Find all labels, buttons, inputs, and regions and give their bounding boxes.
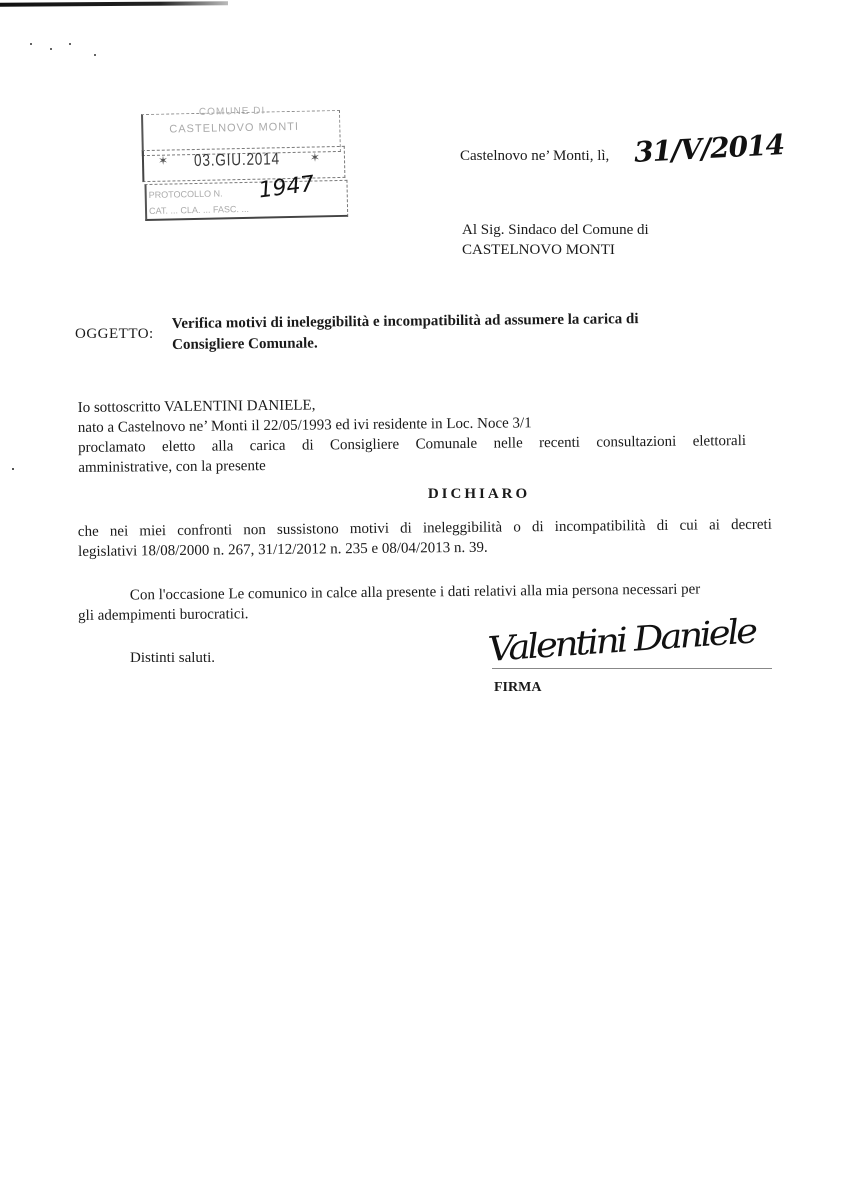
scan-speck <box>30 43 32 45</box>
scan-speck <box>94 54 96 56</box>
word: sussistono <box>277 519 339 540</box>
word: ai <box>709 515 720 535</box>
word: alla <box>212 436 234 456</box>
word: carica <box>250 436 286 456</box>
stamp-date: 03.GIU.2014 <box>194 149 280 171</box>
recipient-block: Al Sig. Sindaco del Comune di CASTELNOVO… <box>462 220 649 260</box>
stamp-municipality-label: COMUNE DI <box>199 106 265 118</box>
word: confronti <box>177 520 232 541</box>
scan-speck <box>12 468 14 470</box>
subject-label: OGGETTO: <box>75 326 154 343</box>
recipient-line: Al Sig. Sindaco del Comune di <box>462 220 649 240</box>
word: eletto <box>162 437 196 457</box>
subject-text: Verifica motivi di ineleggibilità e inco… <box>172 309 639 356</box>
subject-line: Consigliere Comunale. <box>172 330 639 356</box>
signature-line <box>492 668 772 669</box>
word: nelle <box>493 433 522 453</box>
word: Comunale <box>415 434 477 455</box>
stamp-classification: CAT. ... CLA. ... FASC. ... <box>149 204 249 216</box>
scan-speck <box>50 48 52 50</box>
signature-label: FIRMA <box>494 680 541 696</box>
recipient-line: CASTELNOVO MONTI <box>462 240 649 260</box>
word: ineleggibilità <box>423 518 502 539</box>
word: di <box>532 517 544 537</box>
word: cui <box>679 516 698 536</box>
word: incompatibilità <box>555 516 646 537</box>
place-line: Castelnovo ne’ Monti, lì, <box>460 146 609 166</box>
stamp-ornament-icon: ✶ <box>310 150 320 164</box>
word: non <box>243 520 266 540</box>
word: nei <box>110 521 129 541</box>
communication-paragraph: Con l'occasione Le comunico in calce all… <box>78 579 701 626</box>
word: di <box>400 519 412 539</box>
declaration-paragraph: cheneimieiconfrontinonsussistonomotividi… <box>78 515 772 562</box>
word: miei <box>139 521 166 541</box>
word: di <box>657 516 669 536</box>
word: consultazioni <box>596 432 676 453</box>
word: elettorali <box>693 431 747 452</box>
handwritten-date: 31/V/2014 <box>633 128 785 169</box>
word: recenti <box>539 433 580 453</box>
declaration-heading: DICHIARO <box>0 486 848 503</box>
stamp-protocol-label: PROTOCOLLO N. <box>149 188 223 200</box>
intro-paragraph: Io sottoscritto VALENTINI DANIELE, nato … <box>78 391 747 478</box>
word: motivi <box>350 519 389 539</box>
word: di <box>302 436 314 456</box>
stamp-ornament-icon: ✶ <box>158 154 168 168</box>
scan-edge-line <box>0 1 228 7</box>
word: decreti <box>731 515 772 535</box>
word: o <box>513 517 521 537</box>
word: che <box>78 522 99 542</box>
word: Consigliere <box>330 435 399 456</box>
scan-speck <box>69 43 71 45</box>
protocol-stamp: COMUNE DI CASTELNOVO MONTI ✶ 03.GIU.2014… <box>139 96 348 224</box>
word: proclamato <box>78 437 146 458</box>
closing-salutation: Distinti saluti. <box>130 648 215 668</box>
